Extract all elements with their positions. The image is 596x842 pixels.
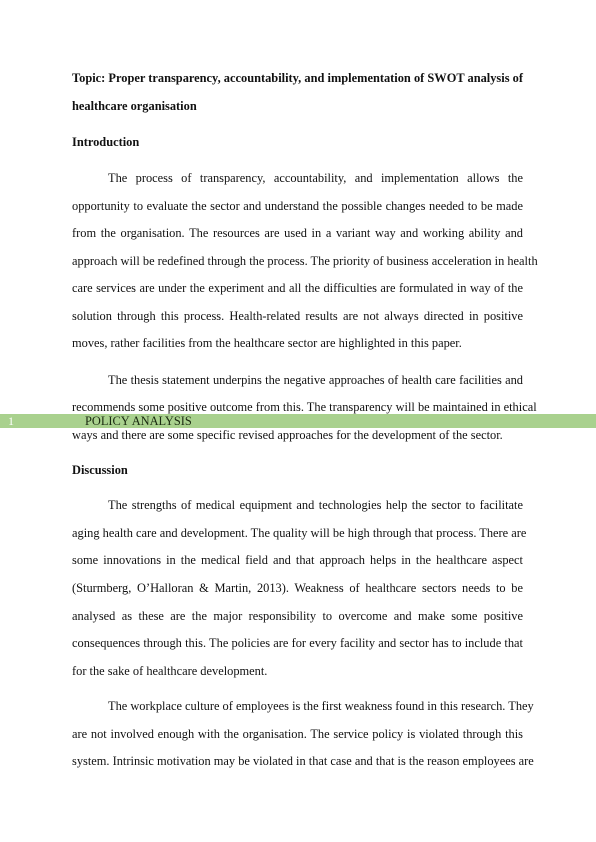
paragraph-line: aging health care and development. The q… bbox=[72, 525, 523, 541]
paragraph-line: for the sake of healthcare development. bbox=[72, 663, 523, 679]
page-header-band: 1 POLICY ANALYSIS bbox=[0, 414, 596, 428]
paragraph-line: care services are under the experiment a… bbox=[72, 280, 523, 296]
paragraph-line: consequences through this. The policies … bbox=[72, 635, 523, 651]
paragraph-line: analysed as these are the major responsi… bbox=[72, 608, 523, 624]
paragraph-line: The workplace culture of employees is th… bbox=[108, 698, 523, 714]
paragraph-line: solution through this process. Health-re… bbox=[72, 308, 523, 324]
paragraph-line: The thesis statement underpins the negat… bbox=[108, 372, 523, 388]
paragraph-line: The strengths of medical equipment and t… bbox=[108, 497, 523, 513]
page-number: 1 bbox=[8, 414, 14, 428]
paragraph-line: (Sturmberg, O’Halloran & Martin, 2013). … bbox=[72, 580, 523, 596]
paragraph-line: are not involved enough with the organis… bbox=[72, 726, 523, 742]
paragraph-line: moves, rather facilities from the health… bbox=[72, 335, 523, 351]
paragraph-line: opportunity to evaluate the sector and u… bbox=[72, 198, 523, 214]
title-line-2: healthcare organisation bbox=[72, 98, 523, 114]
paragraph-line: some innovations in the medical field an… bbox=[72, 552, 523, 568]
paragraph-line: from the organisation. The resources are… bbox=[72, 225, 523, 241]
title-line-1: Topic: Proper transparency, accountabili… bbox=[72, 70, 523, 86]
section-heading-introduction: Introduction bbox=[72, 134, 523, 150]
paragraph-line: The process of transparency, accountabil… bbox=[108, 170, 523, 186]
paragraph-line: recommends some positive outcome from th… bbox=[72, 399, 523, 415]
paragraph-line: system. Intrinsic motivation may be viol… bbox=[72, 753, 523, 769]
paragraph-line: ways and there are some specific revised… bbox=[72, 427, 523, 443]
running-head: POLICY ANALYSIS bbox=[85, 414, 192, 428]
paragraph-line: approach will be redefined through the p… bbox=[72, 253, 523, 269]
section-heading-discussion: Discussion bbox=[72, 462, 523, 478]
